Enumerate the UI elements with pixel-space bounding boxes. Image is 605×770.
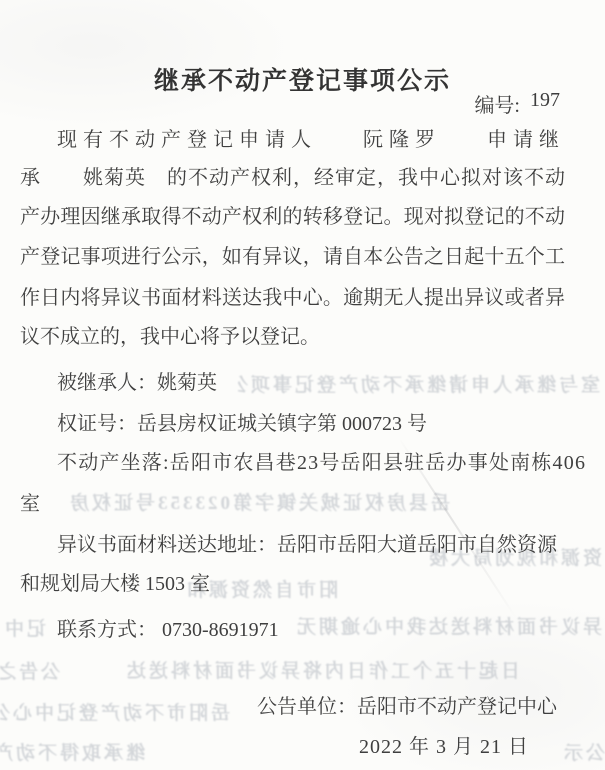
contact-phone-line: 联系方式： 0730-8691971 — [20, 618, 565, 643]
body-line-applicant: 现有不动产登记申请人 阮隆罗 申请继 — [20, 128, 565, 153]
objection-address-line: 异议书面材料送达地址：岳阳市岳阳大道岳阳市自然资源 — [20, 533, 565, 558]
bleedthrough-text: 日起十五个工作日内将异议书面材料送达 — [110, 656, 520, 680]
objection-address-continuation: 和规划局大楼 1503 室 — [20, 572, 565, 597]
decedent-line: 被继承人：姚菊英 — [20, 371, 565, 396]
doc-number-label: 编号: — [474, 89, 520, 118]
applicant-name: 阮隆罗 — [363, 128, 441, 153]
body-line: 承 姚菊英 的不动产权利，经审定，我中心拟对该不动 — [20, 166, 565, 191]
announcing-unit: 公告单位：岳阳市不动产登记中心 — [0, 690, 605, 719]
property-location-continuation: 室 — [20, 492, 565, 517]
doc-number-value: 197 — [530, 89, 560, 118]
body-line: 产登记事项进行公示，如有异议，请自本公告之日起十五个工 — [20, 245, 565, 270]
certificate-number-line: 权证号：岳县房权证城关镇字第 000723 号 — [20, 412, 565, 437]
applicant-lead-text: 现有不动产登记申请人 — [57, 128, 317, 153]
body-line: 议不成立的，我中心将予以登记。 — [20, 325, 565, 350]
notice-page: 室与继承人申请继承不动产登记事项公示 岳县房权证城关镇字第023353号证权房 … — [0, 0, 605, 770]
announcement-date: 2022 年 3 月 21 日 — [0, 730, 605, 759]
body-line: 产办理因继承取得不动产权利的转移登记。现对拟登记的不动 — [20, 205, 565, 230]
body-line: 作日内将异议书面材料送达我中心。逾期无人提出异议或者异 — [20, 286, 565, 311]
doc-number: 编号: 197 — [474, 89, 560, 118]
bleedthrough-text: 公告之 — [0, 657, 60, 681]
applicant-tail-text: 申请继 — [487, 128, 565, 153]
property-location-line: 不动产坐落:岳阳市农昌巷23号岳阳县驻岳办事处南栋406 — [20, 451, 586, 476]
